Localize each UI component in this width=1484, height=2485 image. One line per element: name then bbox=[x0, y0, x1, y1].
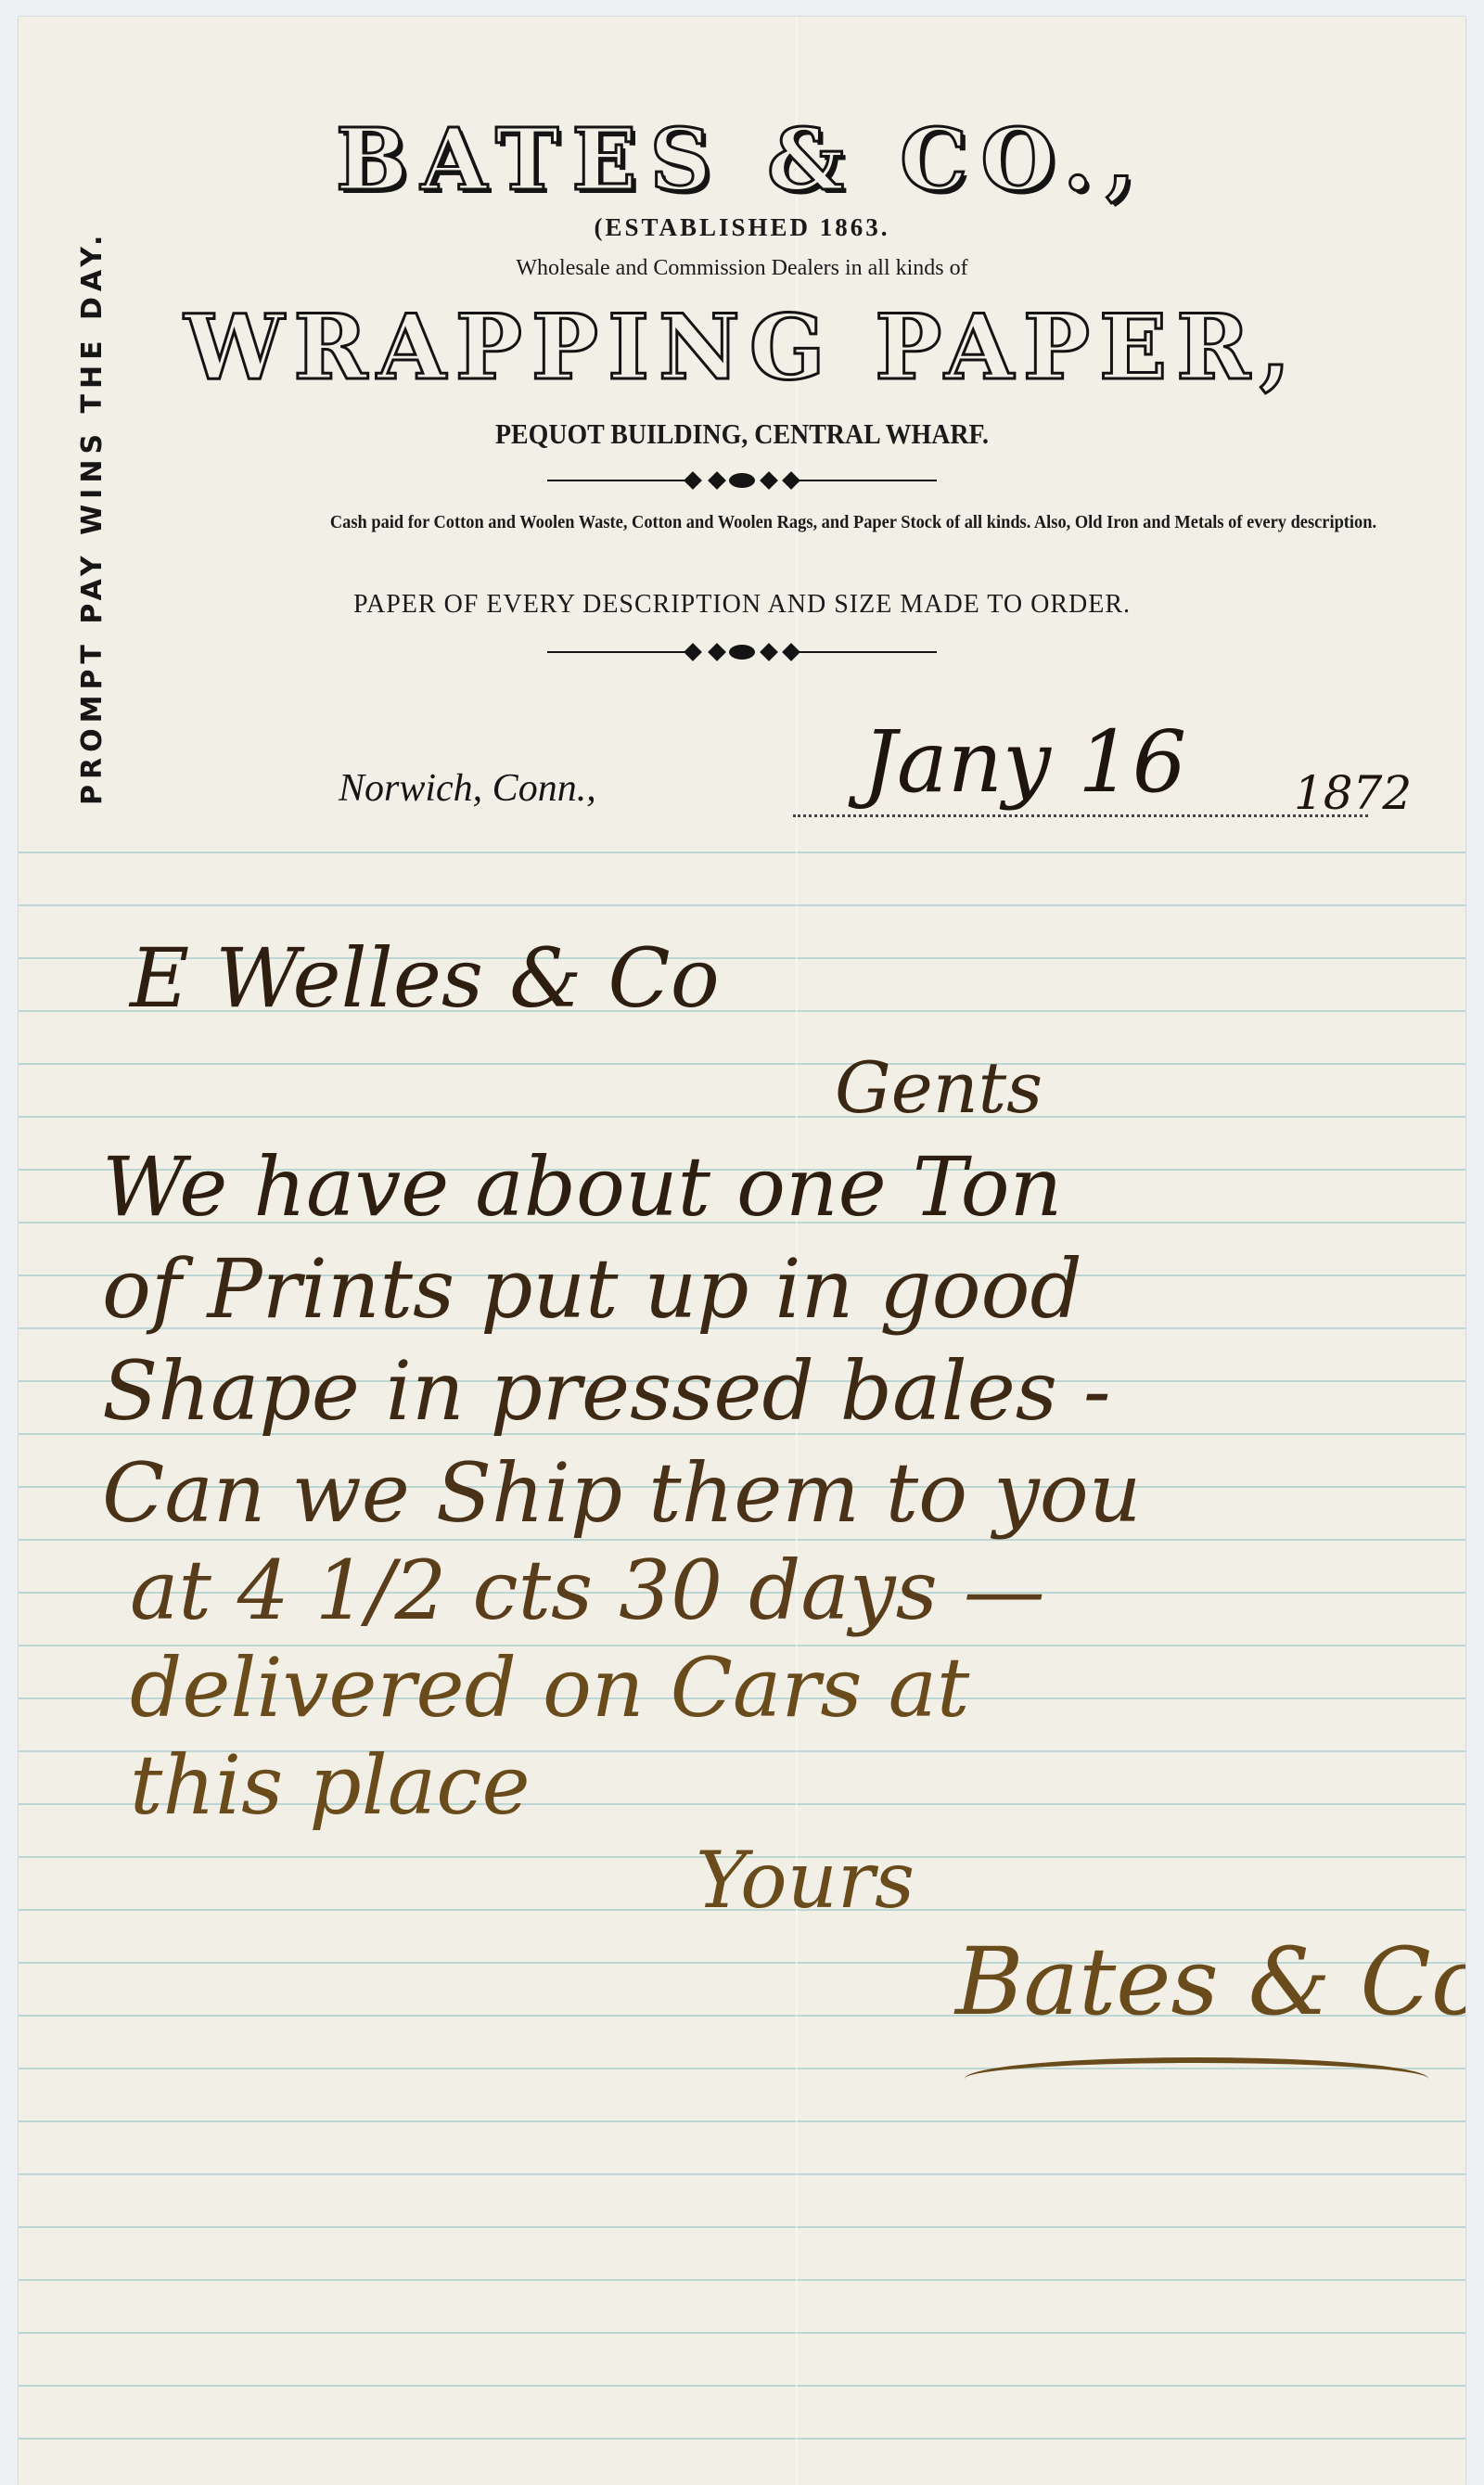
signature: Bates & Co bbox=[955, 1928, 1465, 2036]
addressee: E Welles & Co bbox=[130, 930, 720, 1026]
cash-notice: Cash paid for Cotton and Woolen Waste, C… bbox=[85, 510, 1465, 534]
body-line-6: delivered on Cars at bbox=[130, 1640, 969, 1736]
body-line-2: of Prints put up in good bbox=[102, 1241, 1082, 1337]
dateline-year: 1872 bbox=[1294, 766, 1412, 820]
body-line-4: Can we Ship them to you bbox=[102, 1445, 1141, 1541]
closing: Yours bbox=[696, 1835, 915, 1926]
ornament-divider-icon bbox=[547, 471, 937, 490]
established-line: (ESTABLISHED 1863. bbox=[19, 213, 1465, 242]
address-line: PEQUOT BUILDING, CENTRAL WHARF. bbox=[91, 417, 1393, 451]
body-line-5: at 4 1/2 cts 30 days — bbox=[130, 1543, 1045, 1638]
ornament-divider-icon bbox=[547, 643, 937, 661]
firm-name: BATES & CO., bbox=[19, 109, 1465, 210]
dateline-date: Jany 16 bbox=[863, 712, 1186, 812]
salutation: Gents bbox=[835, 1046, 1043, 1129]
tagline: Wholesale and Commission Dealers in all … bbox=[19, 256, 1465, 281]
body-line-3: Shape in pressed bales - bbox=[102, 1343, 1111, 1439]
dateline-place: Norwich, Conn., bbox=[339, 766, 596, 811]
date-dotted-line bbox=[793, 814, 1368, 817]
product-heading: WRAPPING PAPER, bbox=[19, 295, 1465, 400]
signature-flourish-icon bbox=[965, 2057, 1428, 2100]
body-line-1: We have about one Ton bbox=[102, 1139, 1062, 1235]
made-to-order-line: PAPER OF EVERY DESCRIPTION AND SIZE MADE… bbox=[19, 590, 1465, 620]
letter-sheet: PROMPT PAY WINS THE DAY. BATES & CO., (E… bbox=[19, 17, 1465, 2485]
body-line-7: this place bbox=[130, 1737, 531, 1833]
